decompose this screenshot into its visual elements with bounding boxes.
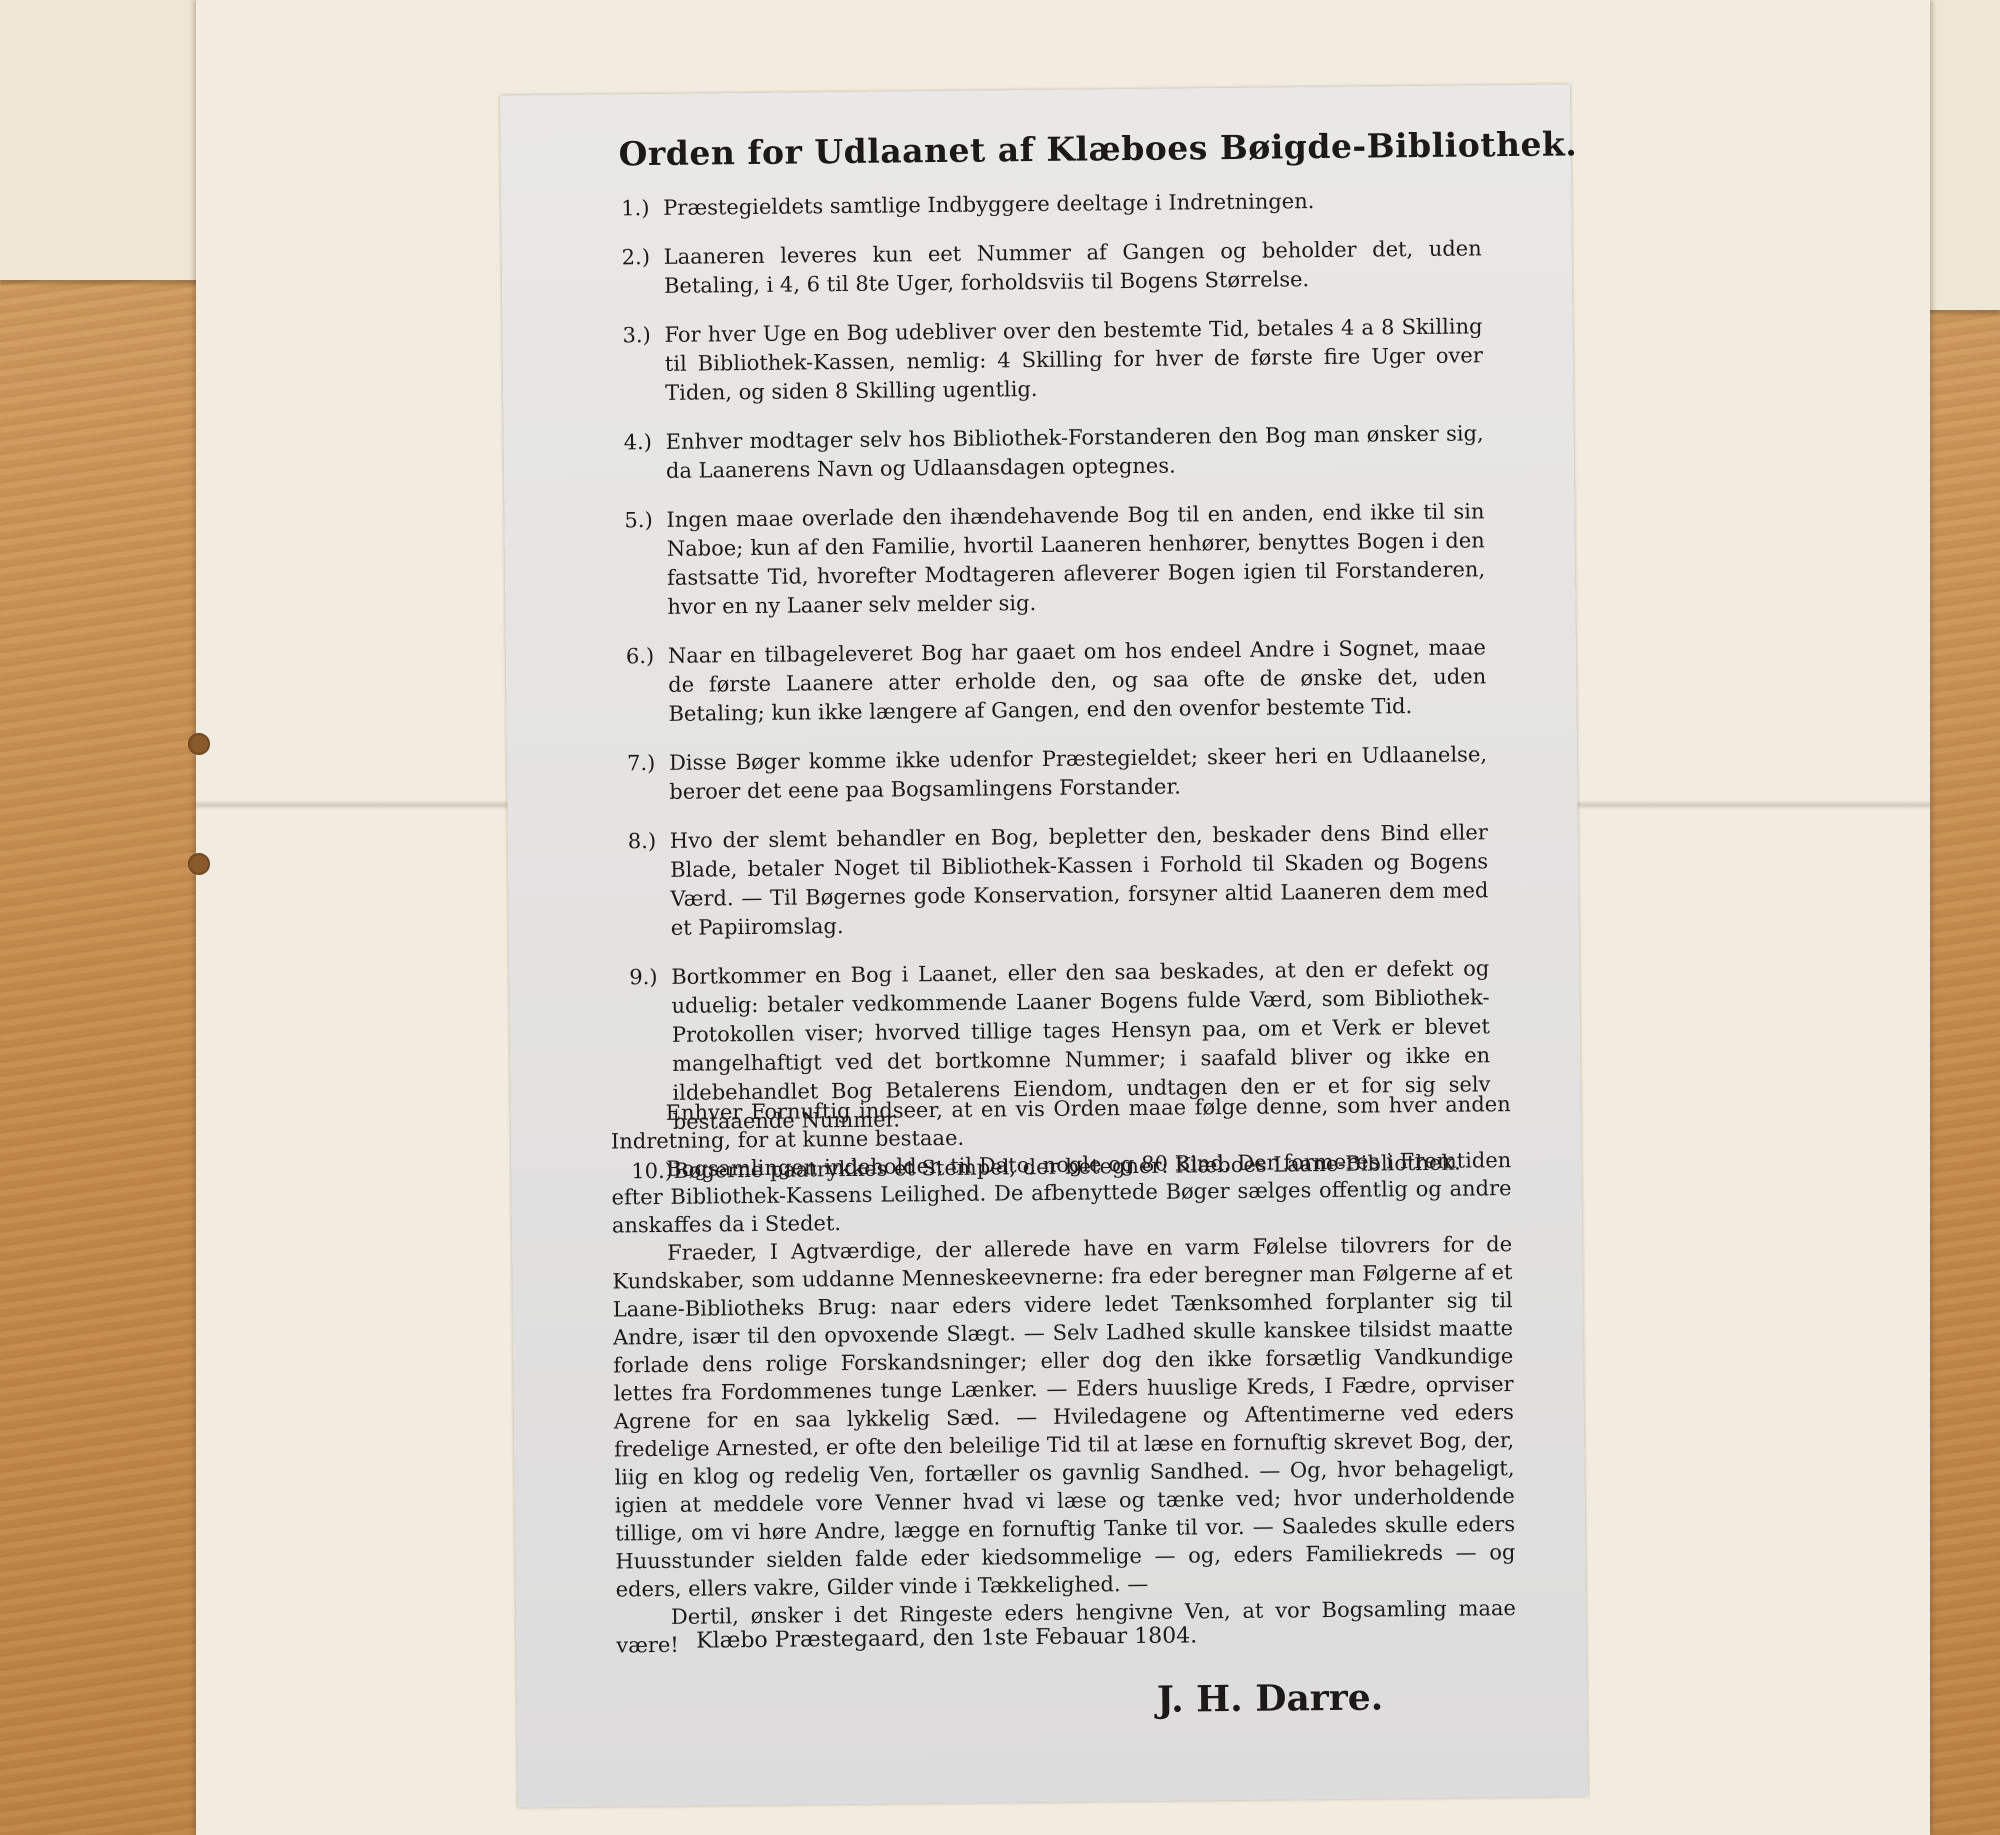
rule-item: 7.)Disse Bøger komme ikke udenfor Præste… bbox=[627, 740, 1488, 807]
printed-notice-sheet: Orden for Udlaanet af Klæboes Bøigde-Bib… bbox=[500, 84, 1588, 1807]
rule-number: 2.) bbox=[622, 243, 665, 301]
paragraph: Fraeder, I Agtværdige, der allerede have… bbox=[612, 1230, 1516, 1603]
rule-text: Disse Bøger komme ikke udenfor Præstegie… bbox=[669, 740, 1488, 807]
rule-item: 6.)Naar en tilbageleveret Bog har gaaet … bbox=[626, 633, 1487, 729]
rule-number: 4.) bbox=[624, 428, 667, 486]
paragraph: Bogsamlingen indeholder, til Dato, nogle… bbox=[611, 1146, 1512, 1239]
cream-folder-left bbox=[0, 0, 200, 280]
rule-item: 3.)For hver Uge en Bog udebliver over de… bbox=[622, 312, 1483, 408]
rule-item: 8.)Hvo der slemt behandler en Bog, beple… bbox=[628, 818, 1489, 943]
rule-number: 5.) bbox=[624, 506, 667, 622]
rule-text: Laaneren leveres kun eet Nummer af Gange… bbox=[664, 234, 1483, 301]
rule-item: 4.)Enhver modtager selv hos Bibliothek-F… bbox=[624, 419, 1485, 486]
rule-number: 8.) bbox=[628, 827, 671, 943]
document-title: Orden for Udlaanet af Klæboes Bøigde-Bib… bbox=[618, 125, 1518, 173]
rule-item: 2.)Laaneren leveres kun eet Nummer af Ga… bbox=[622, 234, 1483, 301]
rules-list: 1.)Præstegieldets samtlige Indbyggere de… bbox=[621, 185, 1492, 1206]
place-and-date: Klæbo Præstegaard, den 1ste Febauar 1804… bbox=[696, 1623, 1197, 1653]
rule-number: 3.) bbox=[622, 321, 665, 408]
signature: J. H. Darre. bbox=[1157, 1676, 1384, 1720]
rule-number: 1.) bbox=[621, 194, 663, 223]
cream-folder-right bbox=[1920, 0, 2000, 310]
rule-text: Ingen maae overlade den ihændehavende Bo… bbox=[666, 497, 1485, 622]
closing-prose: Enhver Fornuftig indseer, at en vis Orde… bbox=[611, 1090, 1517, 1659]
binder-hole-lower bbox=[188, 853, 210, 875]
rule-number: 7.) bbox=[627, 749, 670, 807]
rule-item: 5.)Ingen maae overlade den ihændehavende… bbox=[624, 497, 1485, 622]
rule-item: 1.)Præstegieldets samtlige Indbyggere de… bbox=[621, 185, 1481, 223]
rule-text: Præstegieldets samtlige Indbyggere deelt… bbox=[663, 185, 1481, 223]
rule-text: Enhver modtager selv hos Bibliothek-Fors… bbox=[666, 419, 1485, 486]
rule-number: 6.) bbox=[626, 642, 669, 729]
paragraph: Enhver Fornuftig indseer, at en vis Orde… bbox=[611, 1090, 1512, 1155]
rule-text: Naar en tilbageleveret Bog har gaaet om … bbox=[668, 633, 1487, 729]
rule-text: For hver Uge en Bog udebliver over den b… bbox=[664, 312, 1483, 408]
binder-hole-upper bbox=[188, 733, 210, 755]
rule-text: Hvo der slemt behandler en Bog, beplette… bbox=[670, 818, 1489, 943]
